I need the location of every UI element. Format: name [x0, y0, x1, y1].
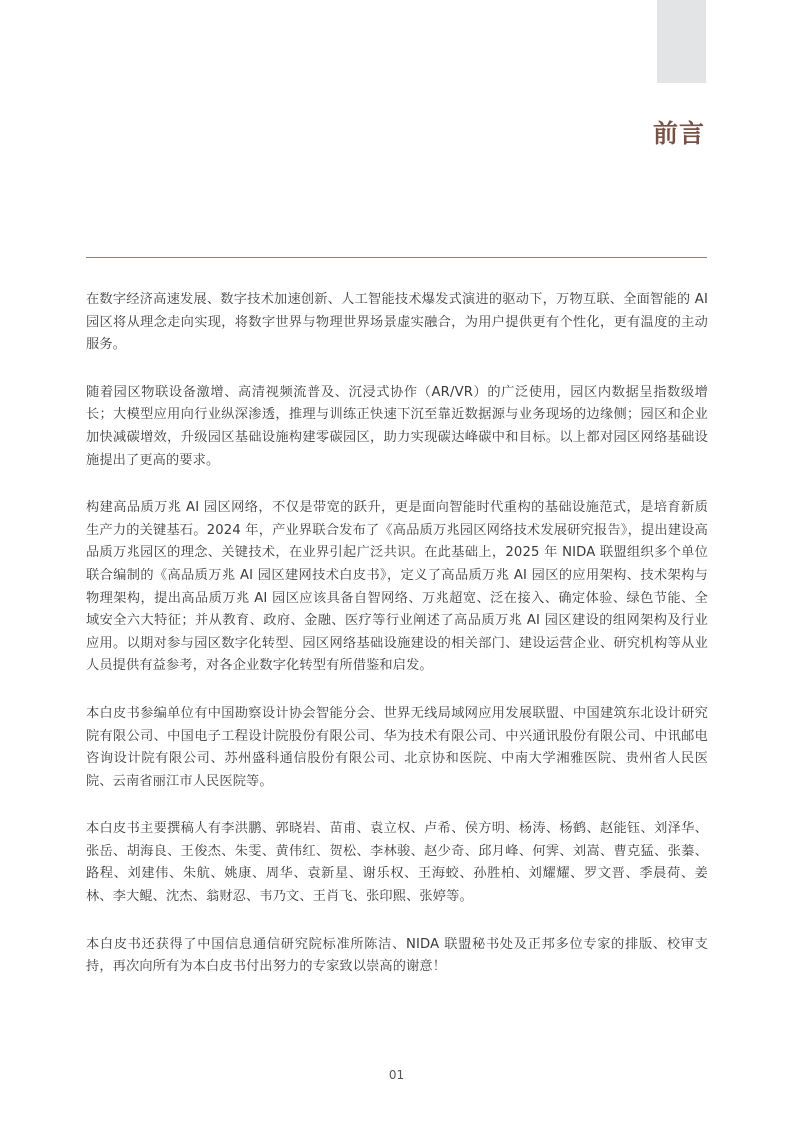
corner-tab-decoration	[657, 0, 706, 83]
paragraph-whitepaper-overview: 构建高品质万兆 AI 园区网络，不仅是带宽的跃升，更是面向智能时代重构的基础设施…	[86, 497, 708, 678]
title-divider	[86, 257, 707, 258]
paragraph-acknowledgements: 本白皮书还获得了中国信息通信研究院标准所陈洁、NIDA 联盟秘书处及正邦多位专家…	[86, 934, 708, 979]
body-content: 在数字经济高速发展、数字技术加速创新、人工智能技术爆发式演进的驱动下，万物互联、…	[86, 289, 708, 1004]
paragraph-intro: 在数字经济高速发展、数字技术加速创新、人工智能技术爆发式演进的驱动下，万物互联、…	[86, 289, 708, 357]
paragraph-contributing-units: 本白皮书参编单位有中国勘察设计协会智能分会、世界无线局域网应用发展联盟、中国建筑…	[86, 703, 708, 793]
paragraph-requirements: 随着园区物联设备激增、高清视频流普及、沉浸式协作（AR/VR）的广泛使用，园区内…	[86, 382, 708, 472]
page-title: 前言	[653, 118, 705, 150]
paragraph-authors: 本白皮书主要撰稿人有李洪鹏、郭晓岩、苗甫、袁立权、卢希、侯方明、杨涛、杨鹤、赵能…	[86, 818, 708, 908]
page-number: 01	[0, 1068, 793, 1082]
